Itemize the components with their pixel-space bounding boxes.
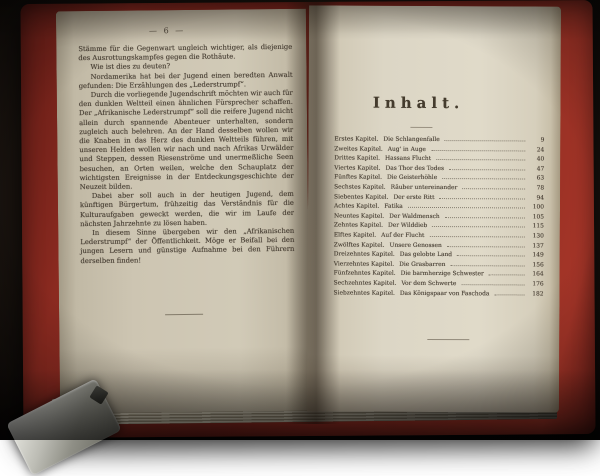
toc-chapter-label: Drittes Kapitel. — [334, 156, 380, 162]
toc-chapter-label: Zehntes Kapitel. — [334, 223, 383, 229]
toc-chapter-label: Sechstes Kapitel. — [334, 184, 386, 190]
toc-chapter-label: Fünfzehntes Kapitel. — [334, 271, 396, 277]
toc-chapter-title: Das gelobte Land — [400, 252, 452, 258]
preface-paragraph: Nordamerika hat bei der Jugend einen ber… — [79, 70, 293, 91]
toc-chapter-title: Aug' in Auge — [388, 146, 426, 152]
toc-dot-leader — [489, 274, 525, 276]
toc-dot-leader — [431, 149, 525, 151]
toc-chapter-title: Der erste Ritt — [393, 194, 434, 200]
toc-page-number: 149 — [528, 253, 544, 259]
toc-chapter-label: Neuntes Kapitel. — [334, 213, 384, 219]
toc-dot-leader — [462, 187, 525, 189]
toc-chapter-label: Dreizehntes Kapitel. — [334, 252, 395, 258]
toc-page-number: 9 — [528, 137, 544, 143]
toc-chapter-label: Zwölftes Kapitel. — [334, 242, 385, 248]
toc-chapter-title: Räuber untereinander — [391, 185, 458, 191]
toc-chapter-title: Das Königspaar von Faschoda — [400, 290, 490, 296]
toc-page-number: 105 — [528, 214, 544, 220]
left-page: — 6 — Stämme für die Gegenwart ungleich … — [56, 9, 310, 414]
toc-chapter-title: Das Thor des Todes — [385, 166, 444, 172]
toc-chapter-title: Der Waldmensch — [389, 214, 440, 220]
page-number-header: — 6 — — [92, 25, 242, 36]
toc-chapter-label: Siebentes Kapitel. — [334, 194, 388, 200]
toc-page-number: 24 — [528, 147, 544, 153]
toc-page-number: 130 — [528, 233, 544, 239]
toc-entry: Siebzehntes Kapitel.Das Königspaar von F… — [334, 290, 544, 301]
toc-chapter-label: Zweites Kapitel. — [334, 146, 382, 152]
toc-chapter-label: Siebzehntes Kapitel. — [334, 290, 395, 296]
preface-paragraph: Stämme für die Gegenwart ungleich wichti… — [78, 43, 292, 64]
toc-page-number: 164 — [528, 272, 544, 278]
toc-end-divider — [427, 339, 469, 340]
toc-chapter-title: Hassans Flucht — [385, 156, 431, 162]
toc-dot-leader — [442, 177, 525, 179]
toc-page-number: 156 — [528, 262, 544, 268]
toc-dot-leader — [447, 245, 525, 247]
toc-chapter-title: Auf der Flucht — [381, 233, 424, 239]
toc-chapter-title: Die Geisterhöhle — [387, 175, 437, 181]
toc-dot-leader — [439, 197, 525, 199]
toc-chapter-label: Erstes Kapitel. — [334, 136, 378, 142]
toc-chapter-title: Der Wilddieb — [388, 223, 427, 229]
toc-chapter-label: Viertes Kapitel. — [334, 165, 380, 171]
toc-page-number: 94 — [528, 195, 544, 201]
toc-chapter-label: Elftes Kapitel. — [334, 232, 376, 238]
right-page: Inhalt. Erstes Kapitel.Die Schlangenfall… — [307, 5, 561, 412]
preface-paragraph: In diesem Sinne übergeben wir den „Afrik… — [80, 227, 294, 266]
toc-chapter-title: Die Schlangenfalle — [383, 137, 439, 143]
toc-page-number: 63 — [528, 176, 544, 182]
preface-text-block: Stämme für die Gegenwart ungleich wichti… — [78, 43, 294, 266]
toc-page-number: 78 — [528, 185, 544, 191]
title-divider — [410, 127, 432, 128]
toc-page-number: 100 — [528, 205, 544, 211]
toc-dot-leader — [457, 254, 525, 256]
toc-page-number: 47 — [528, 166, 544, 172]
toc-dot-leader — [436, 158, 525, 160]
preface-paragraph: Durch die vorliegende Jugendschrift möch… — [79, 89, 294, 192]
toc-chapter-title: Die Grasbarren — [399, 262, 445, 268]
toc-dot-leader — [449, 168, 525, 170]
section-end-divider — [165, 314, 203, 315]
toc-dot-leader — [429, 235, 524, 237]
toc-dot-leader — [494, 293, 524, 295]
toc-chapter-title: Fatika — [384, 204, 403, 210]
toc-dot-leader — [450, 264, 524, 266]
toc-chapter-label: Achtes Kapitel. — [334, 204, 379, 210]
toc-page-number: 176 — [528, 281, 544, 287]
toc-dot-leader — [408, 206, 525, 209]
toc-chapter-label: Sechzehntes Kapitel. — [334, 280, 397, 286]
toc-dot-leader — [445, 139, 526, 141]
toc-dot-leader — [461, 283, 524, 285]
toc-chapter-title: Vor dem Schwerte — [401, 281, 456, 287]
photo-open-book: — 6 — Stämme für die Gegenwart ungleich … — [0, 0, 600, 440]
toc-page-number: 182 — [528, 291, 544, 297]
toc-page-number: 115 — [528, 224, 544, 230]
table-of-contents: Erstes Kapitel.Die Schlangenfalle9Zweite… — [334, 136, 545, 300]
toc-chapter-title: Die barmherzige Schwester — [401, 271, 484, 277]
toc-page-number: 137 — [528, 243, 544, 249]
toc-chapter-title: Unsere Genossen — [389, 242, 441, 248]
toc-chapter-label: Vierzehntes Kapitel. — [334, 261, 394, 267]
toc-dot-leader — [432, 225, 525, 227]
toc-page-number: 40 — [528, 157, 544, 163]
toc-dot-leader — [445, 216, 525, 218]
toc-title: Inhalt. — [293, 93, 545, 112]
preface-paragraph: Dabei aber soll auch in der heutigen Jug… — [80, 190, 294, 229]
toc-chapter-label: Fünftes Kapitel. — [334, 175, 382, 181]
